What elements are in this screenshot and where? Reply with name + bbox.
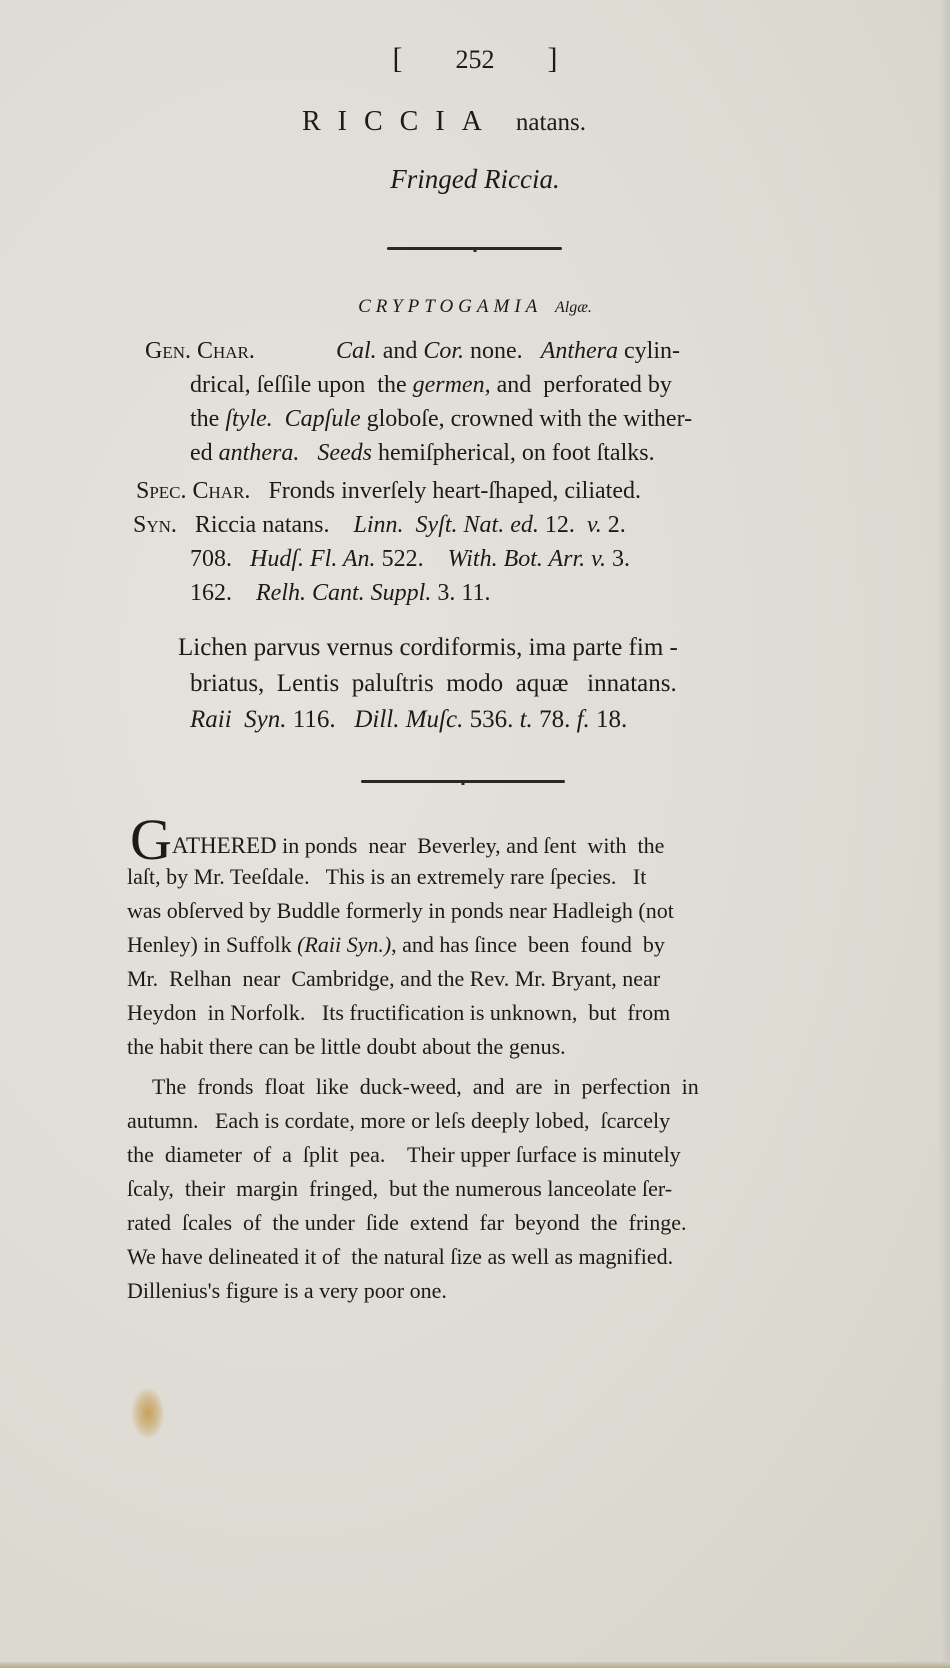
bracket-open: [ [393, 42, 403, 75]
text: 522. [376, 546, 448, 572]
paragraph-2-line-7: Dillenius's figure is a very poor one. [127, 1278, 447, 1304]
text: 78. [533, 706, 577, 733]
syn-line-2: 708. Hudſ. Fl. An. 522. With. Bot. Arr. … [190, 546, 630, 573]
gen-char-label-text: Gen. Char. [145, 338, 255, 364]
text: the [190, 406, 225, 432]
foxing-stain [132, 1388, 164, 1438]
bracket-close: ] [548, 42, 558, 75]
divider-rule-top [387, 247, 562, 250]
text: 3. 11. [431, 580, 490, 606]
paragraph-2-line-5: rated ſcales of the under ſide extend fa… [127, 1210, 687, 1236]
term: germen, [413, 372, 491, 398]
syn-label: Syn. [133, 512, 177, 538]
genus-name: RICCIA [302, 106, 499, 137]
gen-char-line-4: ed anthera. Seeds hemiſpherical, on foot… [190, 440, 655, 467]
drop-cap: G [130, 807, 172, 872]
ref: f. [577, 706, 590, 733]
class-name: CRYPTOGAMIA [358, 296, 542, 317]
term: Cor. [423, 338, 464, 364]
ref: Syſt. Nat. ed. [416, 512, 539, 538]
text: 12. [539, 512, 587, 538]
paragraph-2-line-3: the diameter of a ſplit pea. Their upper… [127, 1142, 681, 1168]
text: 536. [463, 706, 519, 733]
lichen-line-1: Lichen parvus vernus cordiformis, ima pa… [178, 634, 678, 662]
divider-rule-middle [361, 780, 565, 783]
term: Cal. [336, 338, 377, 364]
common-name: Fringed Riccia. [0, 164, 950, 195]
paragraph-1-line-5: Mr. Relhan near Cambridge, and the Rev. … [127, 966, 660, 992]
syn-line-3: 162. Relh. Cant. Suppl. 3. 11. [190, 580, 490, 607]
ref: With. Bot. Arr. v. [448, 546, 606, 572]
paragraph-2-line-6: We have delineated it of the natural ſiz… [127, 1244, 673, 1270]
page-title: RICCIA natans. [302, 106, 586, 138]
text [273, 406, 285, 432]
text: 2. [602, 512, 626, 538]
term: anthera. [219, 440, 300, 466]
classification: CRYPTOGAMIA Algæ. [0, 296, 950, 318]
book-page: [ 252 ] RICCIA natans. Fringed Riccia. C… [0, 0, 950, 1668]
text: globoſe, crowned with the wither- [361, 406, 692, 432]
ref: v. [587, 512, 602, 538]
text: Henley) in Suffolk [127, 932, 297, 957]
paragraph-1-line-4: Henley) in Suffolk (Raii Syn.), and has … [127, 932, 665, 958]
ref: (Raii Syn.) [297, 932, 391, 957]
refs-line: Raii Syn. 116. Dill. Muſc. 536. t. 78. f… [190, 706, 627, 734]
text: none. [464, 338, 541, 364]
paragraph-1-line-6: Heydon in Norfolk. Its fructification is… [127, 1000, 670, 1026]
page-edge-bottom [0, 1662, 950, 1668]
paragraph-1-line-3: was obſerved by Buddle formerly in ponds… [127, 898, 674, 924]
paragraph-1-line-7: the habit there can be little doubt abou… [127, 1034, 566, 1060]
text: ATHERED [172, 833, 277, 858]
page-number-value: 252 [456, 45, 495, 74]
spec-char-label: Spec. Char. [136, 478, 250, 504]
syn-line-1: Syn. Riccia natans. Linn. Syſt. Nat. ed.… [133, 512, 626, 539]
text: 3. [606, 546, 630, 572]
text: 116. [287, 706, 355, 733]
term: Seeds [317, 440, 372, 466]
gen-char-line-2: drical, ſeſſile upon the germen, and per… [190, 372, 672, 399]
gen-char-line-3: the ſtyle. Capſule globoſe, crowned with… [190, 406, 692, 433]
text: in ponds near Beverley, and ſent with th… [277, 833, 665, 858]
gen-char-line-1: Cal. and Cor. none. Anthera cylin- [336, 338, 680, 365]
ref: Relh. Cant. Suppl. [256, 580, 431, 606]
paragraph-1-line-2: laſt, by Mr. Teeſdale. This is an extrem… [127, 864, 646, 890]
text: and perforated by [491, 372, 672, 398]
ref: Raii Syn. [190, 706, 287, 733]
text: hemiſpherical, on foot ſtalks. [372, 440, 655, 466]
species-name: natans. [516, 109, 586, 136]
text: 18. [590, 706, 628, 733]
paragraph-2-line-4: ſcaly, their margin fringed, but the num… [127, 1176, 672, 1202]
text: 708. [190, 546, 250, 572]
gen-char-label: Gen. Char. [145, 338, 255, 365]
ref: Linn. [354, 512, 404, 538]
ref: Hudſ. Fl. An. [250, 546, 376, 572]
text: ed [190, 440, 219, 466]
text: , and has ſince been found by [391, 932, 665, 957]
text: and [377, 338, 424, 364]
term: ſtyle. [225, 406, 272, 432]
paragraph-1-line-1: GATHERED in ponds near Beverley, and ſen… [130, 820, 664, 860]
text [299, 440, 317, 466]
order-name: Algæ. [555, 299, 592, 316]
text: 162. [190, 580, 256, 606]
spec-char: Spec. Char. Fronds inverſely heart-ſhape… [136, 478, 641, 505]
ref: Dill. Muſc. [354, 706, 463, 733]
text: drical, ſeſſile upon the [190, 372, 413, 398]
paragraph-2-line-2: autumn. Each is cordate, more or leſs de… [127, 1108, 670, 1134]
page-number: [ 252 ] [0, 42, 950, 76]
text [404, 512, 416, 538]
ref: t. [520, 706, 533, 733]
text: Riccia natans. [195, 512, 354, 538]
lichen-line-2: briatus, Lentis paluſtris modo aquæ inna… [190, 670, 677, 698]
term: Anthera [541, 338, 618, 364]
page-edge [938, 0, 950, 1668]
term: Capſule [285, 406, 361, 432]
spec-char-text: Fronds inverſely heart-ſhaped, ciliated. [268, 478, 641, 504]
text: cylin- [618, 338, 680, 364]
paragraph-2-line-1: The fronds float like duck-weed, and are… [152, 1074, 699, 1100]
